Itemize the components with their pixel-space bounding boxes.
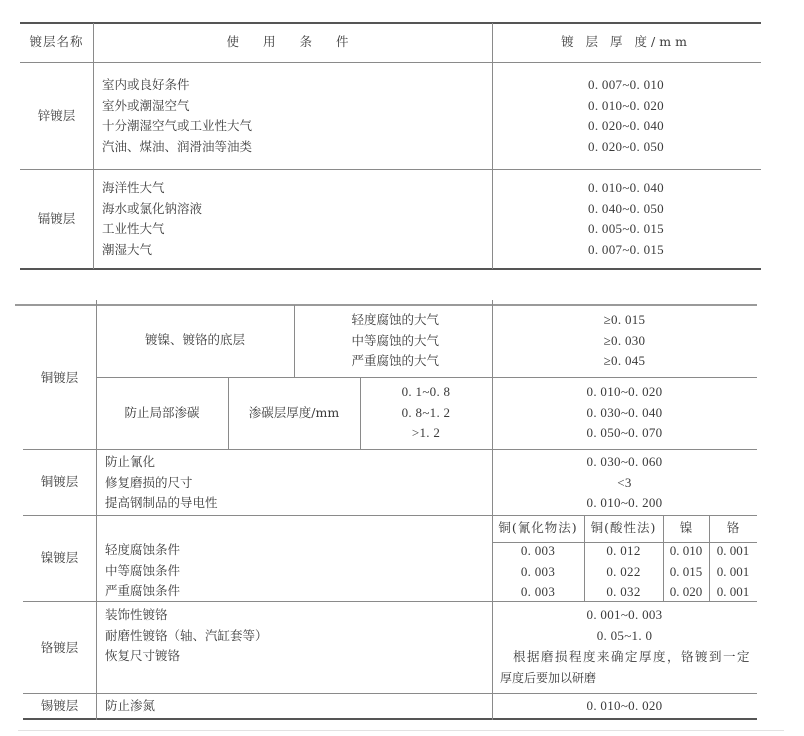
table-1-col-divider-1 (93, 23, 94, 269)
nickel-col-nickel: 0. 010 0. 015 0. 020 (663, 541, 709, 603)
table-cell: 0. 010 (663, 541, 709, 562)
carburizing-ranges: 0. 1~0. 8 0. 8~1. 2 >1. 2 (360, 382, 492, 444)
tin-thickness: 0. 010~0. 020 (492, 696, 757, 717)
page-bottom-edge (18, 730, 784, 731)
table-2-top-border (15, 304, 757, 306)
row-name-copper-2: 铜镀层 (23, 472, 96, 493)
condition-item: 中等腐蚀条件 (105, 561, 180, 582)
table-cell: 0. 003 (492, 541, 584, 562)
table-cell: 0. 003 (492, 582, 584, 603)
condition-item: 室外或潮湿空气 (102, 96, 252, 117)
chrome-thickness: 0. 001~0. 003 0. 05~1. 0 (492, 605, 757, 646)
zinc-thickness: 0. 007~0. 010 0. 010~0. 020 0. 020~0. 04… (492, 75, 760, 157)
carburizing-depth-label: 渗碳层厚度/mm (228, 403, 360, 424)
nickel-col-copper-acid: 0. 012 0. 022 0. 032 (584, 541, 663, 603)
table-cell: 0. 012 (584, 541, 663, 562)
thickness-value: 0. 010~0. 020 (492, 96, 760, 117)
table-cell: 0. 001 (709, 562, 757, 583)
table-cell: 0. 001 (709, 541, 757, 562)
condition-item: 耐磨性镀铬（轴、汽缸套等） (105, 626, 268, 647)
table-cell: 0. 022 (584, 562, 663, 583)
header-coating-thickness: 镀 层 厚 度/mm (492, 32, 760, 53)
copper2-conditions: 防止氰化 修复磨损的尺寸 提高钢制品的导电性 (105, 452, 218, 514)
base-layer-conditions: 轻度腐蚀的大气 中等腐蚀的大气 严重腐蚀的大气 (294, 310, 439, 372)
condition-item: 潮湿大气 (102, 240, 202, 261)
thickness-value: <3 (492, 473, 757, 494)
condition-item: 修复磨损的尺寸 (105, 473, 218, 494)
row-name-chrome: 铬镀层 (23, 638, 96, 659)
condition-item: 防止氰化 (105, 452, 218, 473)
subheader-copper-acid: 铜(酸性法) (584, 518, 663, 539)
chrome-bottom-divider (23, 693, 757, 694)
table-2-bottom-border (23, 718, 757, 720)
cadmium-thickness: 0. 010~0. 040 0. 040~0. 050 0. 005~0. 01… (492, 178, 760, 260)
zinc-conditions: 室内或良好条件 室外或潮湿空气 十分潮湿空气或工业性大气 汽油、煤油、润滑油等油… (102, 75, 252, 157)
base-layer-thickness: ≥0. 015 ≥0. 030 ≥0. 045 (492, 310, 757, 372)
copper-inner-divider (96, 377, 757, 378)
thickness-value: ≥0. 045 (492, 351, 757, 372)
nickel-col-chrome: 0. 001 0. 001 0. 001 (709, 541, 757, 603)
chrome-conditions: 装饰性镀铬 耐磨性镀铬（轴、汽缸套等） 恢复尺寸镀铬 (105, 605, 268, 667)
condition-item: 恢复尺寸镀铬 (105, 646, 268, 667)
chrome-note-line-1: 根据磨损程度来确定厚度，铬镀到一定 (513, 647, 751, 668)
thickness-value: ≥0. 015 (492, 310, 757, 331)
table-1-bottom-border (20, 268, 761, 270)
thickness-value: 0. 05~1. 0 (492, 626, 757, 647)
carburizing-label: 防止局部渗碳 (96, 403, 228, 424)
cadmium-conditions: 海洋性大气 海水或氯化钠溶液 工业性大气 潮湿大气 (102, 178, 202, 260)
thickness-value: 0. 050~0. 070 (492, 423, 757, 444)
condition-item: 轻度腐蚀的大气 (294, 310, 439, 331)
condition-item: 汽油、煤油、润滑油等油类 (102, 137, 252, 158)
subheader-nickel: 镍 (663, 518, 709, 539)
thickness-value: 0. 030~0. 060 (492, 452, 757, 473)
row-name-tin: 锡镀层 (23, 696, 96, 717)
condition-item: 轻度腐蚀条件 (105, 540, 180, 561)
condition-item: 工业性大气 (102, 219, 202, 240)
table-1-row-divider (20, 169, 761, 170)
thickness-value: 0. 010~0. 200 (492, 493, 757, 514)
thickness-value: 0. 010~0. 040 (492, 178, 760, 199)
table-cell: 0. 015 (663, 562, 709, 583)
table-cell: 0. 001 (709, 582, 757, 603)
thickness-value: 0. 040~0. 050 (492, 199, 760, 220)
thickness-value: 0. 007~0. 010 (492, 75, 760, 96)
thickness-value: 0. 020~0. 040 (492, 116, 760, 137)
table-1-top-border (20, 22, 761, 24)
chrome-note-line-2: 厚度后要加以研磨 (500, 668, 596, 689)
nickel-col-copper-cyanide: 0. 003 0. 003 0. 003 (492, 541, 584, 603)
subheader-chrome: 铬 (709, 518, 757, 539)
table-2-col-divider-1 (96, 300, 97, 720)
condition-item: 海洋性大气 (102, 178, 202, 199)
copper2-bottom-divider (23, 515, 757, 516)
condition-item: 严重腐蚀的大气 (294, 351, 439, 372)
table-cell: 0. 003 (492, 562, 584, 583)
table-cell: 0. 020 (663, 582, 709, 603)
range-value: 0. 8~1. 2 (360, 403, 492, 424)
thickness-value: 0. 030~0. 040 (492, 403, 757, 424)
row-name-copper: 铜镀层 (23, 368, 96, 389)
thickness-value: ≥0. 030 (492, 331, 757, 352)
thickness-value: 0. 010~0. 020 (492, 382, 757, 403)
thickness-value: 0. 001~0. 003 (492, 605, 757, 626)
subheader-copper-cyanide: 铜(氰化物法) (492, 518, 584, 539)
range-value: >1. 2 (360, 423, 492, 444)
row-name-cadmium: 镉镀层 (20, 209, 93, 230)
header-usage-condition: 使 用 条 件 (93, 32, 492, 53)
copper2-thickness: 0. 030~0. 060 <3 0. 010~0. 200 (492, 452, 757, 514)
condition-item: 十分潮湿空气或工业性大气 (102, 116, 252, 137)
row-name-zinc: 锌镀层 (20, 106, 93, 127)
condition-item: 严重腐蚀条件 (105, 581, 180, 602)
condition-item: 海水或氯化钠溶液 (102, 199, 202, 220)
range-value: 0. 1~0. 8 (360, 382, 492, 403)
carburizing-thickness: 0. 010~0. 020 0. 030~0. 040 0. 050~0. 07… (492, 382, 757, 444)
table-cell: 0. 032 (584, 582, 663, 603)
row-name-nickel: 镍镀层 (23, 548, 96, 569)
condition-item: 中等腐蚀的大气 (294, 331, 439, 352)
condition-item: 装饰性镀铬 (105, 605, 268, 626)
thickness-value: 0. 005~0. 015 (492, 219, 760, 240)
base-layer-label: 镀镍、镀铬的底层 (96, 330, 294, 351)
header-coating-name: 镀层名称 (20, 32, 93, 53)
condition-item: 室内或良好条件 (102, 75, 252, 96)
tin-condition: 防止渗氮 (105, 696, 155, 717)
thickness-value: 0. 007~0. 015 (492, 240, 760, 261)
table-1-header-divider (20, 62, 761, 63)
thickness-value: 0. 020~0. 050 (492, 137, 760, 158)
copper-bottom-divider (23, 449, 757, 450)
nickel-conditions: 轻度腐蚀条件 中等腐蚀条件 严重腐蚀条件 (105, 540, 180, 602)
condition-item: 提高钢制品的导电性 (105, 493, 218, 514)
